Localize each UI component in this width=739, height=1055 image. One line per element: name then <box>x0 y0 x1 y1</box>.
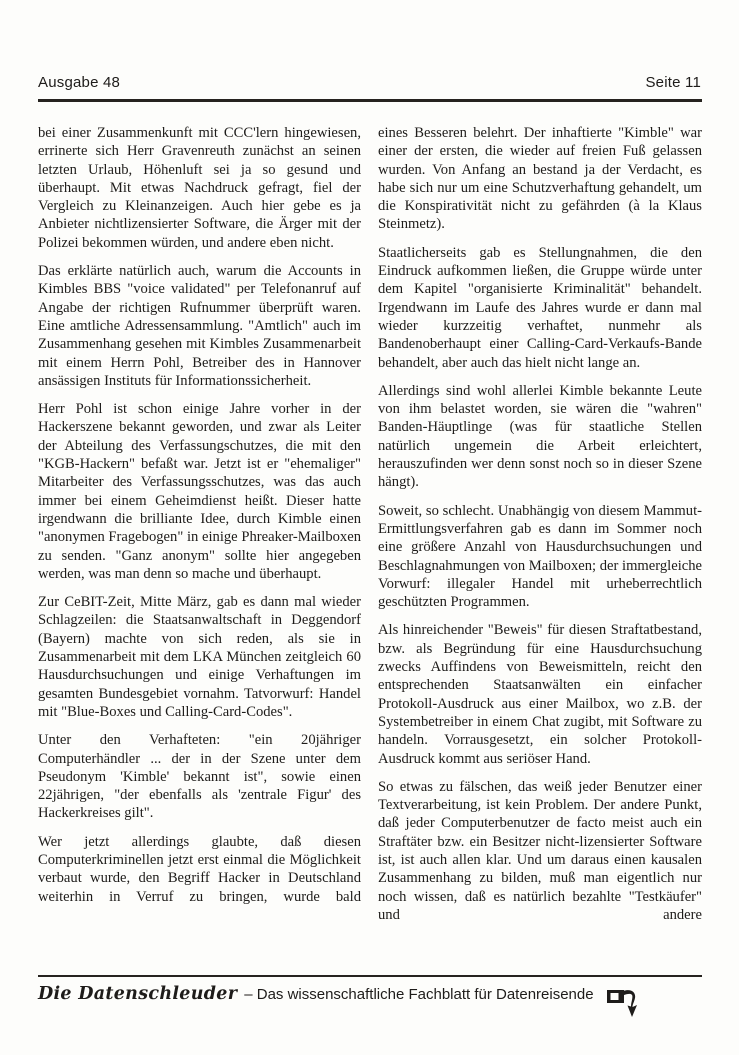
paragraph: Als hinreichender "Beweis" für diesen St… <box>378 621 702 767</box>
column-right: eines Besseren belehrt. Der inhaftierte … <box>378 124 702 972</box>
footer: Die Datenschleuder – Das wissenschaftlic… <box>38 984 594 1004</box>
running-head: Ausgabe 48 Seite 11 <box>38 74 701 91</box>
paragraph: Das erklärte natürlich auch, warum die A… <box>38 262 361 390</box>
column-left: bei einer Zusammenkunft mit CCC'lern hin… <box>38 124 361 972</box>
paragraph: So etwas zu fälschen, das weiß jeder Ben… <box>378 778 702 924</box>
paragraph: Soweit, so schlecht. Unabhängig von dies… <box>378 502 702 612</box>
paragraph: Zur CeBIT-Zeit, Mitte März, gab es dann … <box>38 593 361 721</box>
paragraph: Herr Pohl ist schon einige Jahre vorher … <box>38 400 361 583</box>
footer-tagline: – Das wissenschaftliche Fachblatt für Da… <box>244 986 593 1003</box>
magazine-page: Ausgabe 48 Seite 11 bei einer Zusammenku… <box>0 0 739 1055</box>
paragraph: Unter den Verhafteten: "ein 20jähriger C… <box>38 731 361 822</box>
paragraph: bei einer Zusammenkunft mit CCC'lern hin… <box>38 124 361 252</box>
paragraph: Allerdings sind wohl allerlei Kimble bek… <box>378 382 702 492</box>
header-rule <box>38 99 702 102</box>
article-body: bei einer Zusammenkunft mit CCC'lern hin… <box>38 124 702 972</box>
paragraph: Wer jetzt allerdings glaubte, daß diesen… <box>38 833 361 906</box>
magazine-name: Die Datenschleuder <box>38 984 237 1004</box>
hand-pistol-icon <box>606 986 646 1018</box>
paragraph: Staatlicherseits gab es Stellungnahmen, … <box>378 244 702 372</box>
issue-label: Ausgabe 48 <box>38 74 120 91</box>
paragraph: eines Besseren belehrt. Der inhaftierte … <box>378 124 702 234</box>
page-number: Seite 11 <box>645 74 701 91</box>
footer-rule <box>38 975 702 977</box>
